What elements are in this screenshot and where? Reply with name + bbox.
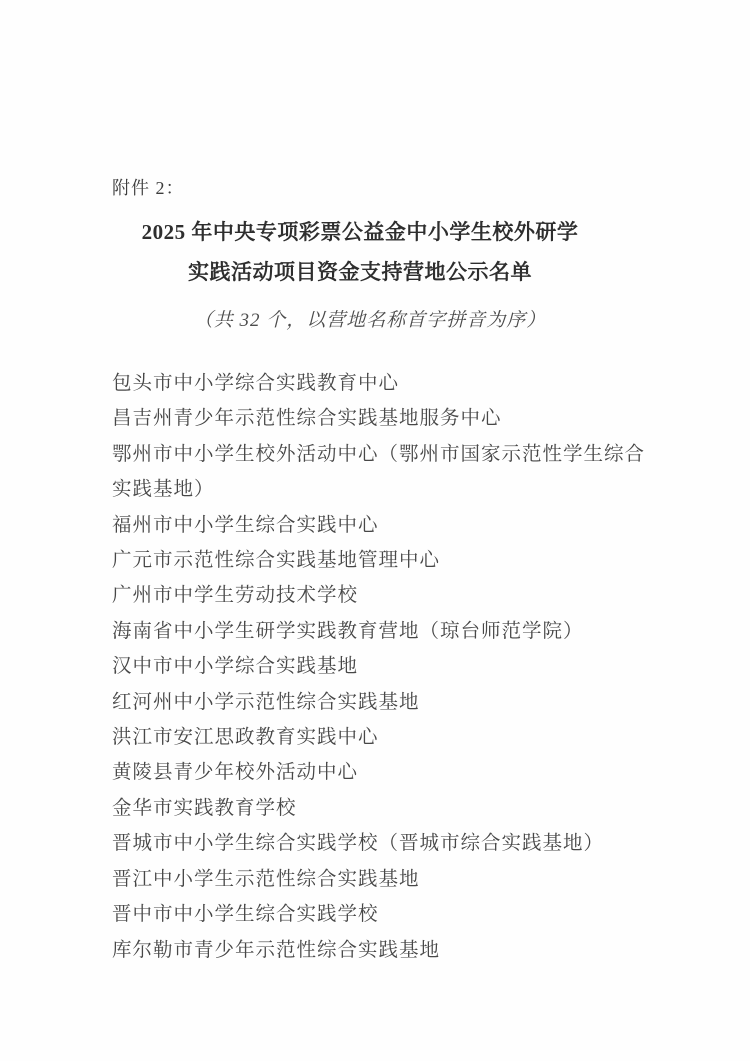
list-item: 洪江市安江思政教育实践中心 <box>112 720 648 755</box>
document-subtitle: （共 32 个，以营地名称首字拼音为序） <box>90 306 650 336</box>
document-page: 附件 2： 2025 年中央专项彩票公益金中小学生校外研学 实践活动项目资金支持… <box>0 0 750 1061</box>
list-item: 红河州中小学示范性综合实践基地 <box>112 685 648 720</box>
list-item: 鄂州市中小学生校外活动中心（鄂州市国家示范性学生综合实践基地） <box>112 437 648 508</box>
list-item: 汉中市中小学综合实践基地 <box>112 649 648 684</box>
list-item: 晋中市中小学生综合实践学校 <box>112 897 648 932</box>
list-item: 晋江中小学生示范性综合实践基地 <box>112 862 648 897</box>
list-item: 黄陵县青少年校外活动中心 <box>112 755 648 790</box>
list-item: 晋城市中小学生综合实践学校（晋城市综合实践基地） <box>112 826 648 861</box>
list-item: 金华市实践教育学校 <box>112 791 648 826</box>
list-item: 广元市示范性综合实践基地管理中心 <box>112 543 648 578</box>
list-item: 昌吉州青少年示范性综合实践基地服务中心 <box>112 401 648 436</box>
attachment-label: 附件 2： <box>112 174 185 200</box>
list-item: 库尔勒市青少年示范性综合实践基地 <box>112 933 648 968</box>
document-title: 2025 年中央专项彩票公益金中小学生校外研学 实践活动项目资金支持营地公示名单 <box>90 212 630 292</box>
list-item: 包头市中小学综合实践教育中心 <box>112 366 648 401</box>
list-item: 广州市中学生劳动技术学校 <box>112 578 648 613</box>
camp-list: 包头市中小学综合实践教育中心 昌吉州青少年示范性综合实践基地服务中心 鄂州市中小… <box>112 366 648 968</box>
document-title-line-2: 实践活动项目资金支持营地公示名单 <box>90 252 630 292</box>
list-item: 海南省中小学生研学实践教育营地（琼台师范学院） <box>112 614 648 649</box>
list-item: 福州市中小学生综合实践中心 <box>112 508 648 543</box>
document-title-line-1: 2025 年中央专项彩票公益金中小学生校外研学 <box>90 212 630 252</box>
